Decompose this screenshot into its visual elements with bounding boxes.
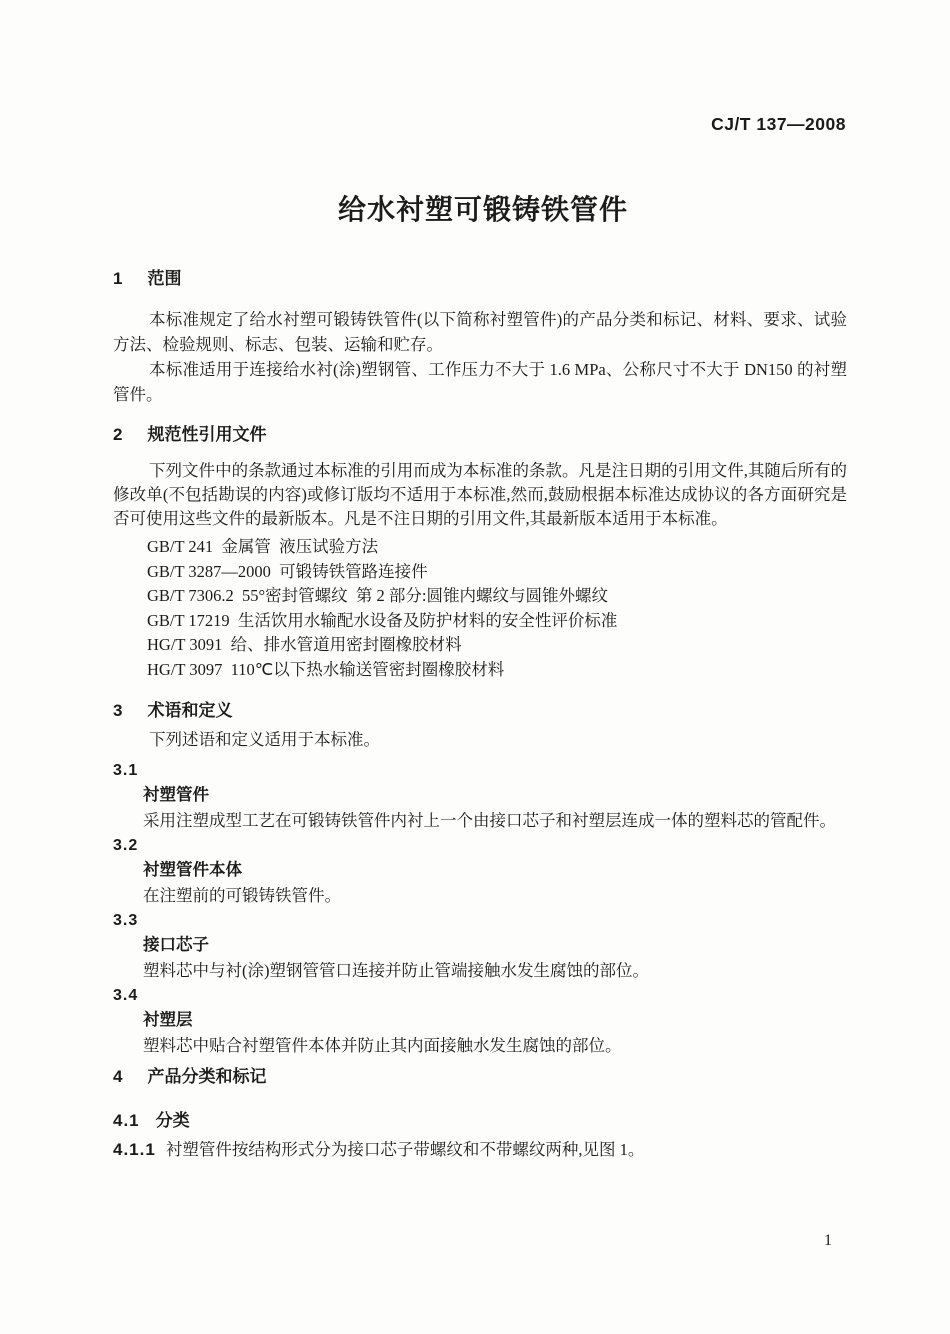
clause-text: 衬塑管件按结构形式分为接口芯子带螺纹和不带螺纹两种,见图 1。 — [166, 1140, 645, 1159]
clause-label: 分类 — [156, 1111, 190, 1130]
clause-number: 4.1.1 — [113, 1140, 156, 1159]
reference-item: HG/T 3091 给、排水管道用密封圈橡胶材料 — [147, 633, 847, 658]
term-definition: 塑料芯中贴合衬塑管件本体并防止其内面接触水发生腐蚀的部位。 — [113, 1033, 847, 1058]
section-label: 规范性引用文件 — [147, 425, 266, 444]
section-label: 产品分类和标记 — [147, 1067, 266, 1086]
terms-intro: 下列述语和定义适用于本标准。 — [113, 727, 847, 752]
term-number: 3.2 — [113, 833, 847, 858]
clause-4-1-1: 4.1.1衬塑管件按结构形式分为接口芯子带螺纹和不带螺纹两种,见图 1。 — [113, 1137, 847, 1162]
term-name: 接口芯子 — [113, 933, 847, 958]
section-label: 范围 — [147, 269, 181, 288]
term-number: 3.4 — [113, 983, 847, 1008]
document-title: 给水衬塑可锻铸铁管件 — [8, 188, 950, 228]
term-name: 衬塑管件本体 — [113, 858, 847, 883]
page-number: 1 — [824, 1232, 832, 1250]
terms-list: 3.1 衬塑管件 采用注塑成型工艺在可锻铸铁管件内衬上一个由接口芯子和衬塑层连成… — [113, 758, 847, 1058]
term-name: 衬塑层 — [113, 1008, 847, 1033]
normative-refs-paragraph: 下列文件中的条款通过本标准的引用而成为本标准的条款。凡是注日期的引用文件,其随后… — [113, 459, 847, 531]
section-number: 1 — [113, 269, 123, 288]
term-number: 3.1 — [113, 758, 847, 783]
reference-item: GB/T 7306.2 55°密封管螺纹 第 2 部分:圆锥内螺纹与圆锥外螺纹 — [147, 584, 847, 609]
term-definition: 塑料芯中与衬(涂)塑钢管管口连接并防止管端接触水发生腐蚀的部位。 — [113, 958, 847, 983]
section-3-heading: 3术语和定义 — [113, 700, 232, 722]
term-name: 衬塑管件 — [113, 783, 847, 808]
section-1-heading: 1范围 — [113, 268, 181, 290]
scope-paragraph-1: 本标准规定了给水衬塑可锻铸铁管件(以下简称衬塑管件)的产品分类和标记、材料、要求… — [113, 307, 847, 357]
reference-item: GB/T 17219 生活饮用水输配水设备及防护材料的安全性评价标准 — [147, 609, 847, 634]
section-number: 4 — [113, 1067, 123, 1086]
reference-list: GB/T 241 金属管 液压试验方法 GB/T 3287—2000 可锻铸铁管… — [147, 535, 847, 683]
reference-item: GB/T 241 金属管 液压试验方法 — [147, 535, 847, 560]
doc-code: CJ/T 137—2008 — [711, 114, 846, 135]
section-number: 3 — [113, 701, 123, 720]
term-number: 3.3 — [113, 908, 847, 933]
section-label: 术语和定义 — [147, 701, 232, 720]
reference-item: GB/T 3287—2000 可锻铸铁管路连接件 — [147, 560, 847, 585]
section-4-heading: 4产品分类和标记 — [113, 1066, 266, 1088]
term-definition: 采用注塑成型工艺在可锻铸铁管件内衬上一个由接口芯子和衬塑层连成一体的塑料芯的管配… — [113, 808, 847, 833]
section-2-heading: 2规范性引用文件 — [113, 424, 266, 446]
clause-4-1-heading: 4.1分类 — [113, 1110, 190, 1132]
scope-paragraph-2: 本标准适用于连接给水衬(涂)塑钢管、工作压力不大于 1.6 MPa、公称尺寸不大… — [113, 357, 847, 407]
standard-document-page: CJ/T 137—2008 给水衬塑可锻铸铁管件 1范围 本标准规定了给水衬塑可… — [0, 0, 950, 1334]
clause-number: 4.1 — [113, 1111, 140, 1130]
section-number: 2 — [113, 425, 123, 444]
reference-item: HG/T 3097 110℃以下热水输送管密封圈橡胶材料 — [147, 658, 847, 683]
term-definition: 在注塑前的可锻铸铁管件。 — [113, 883, 847, 908]
